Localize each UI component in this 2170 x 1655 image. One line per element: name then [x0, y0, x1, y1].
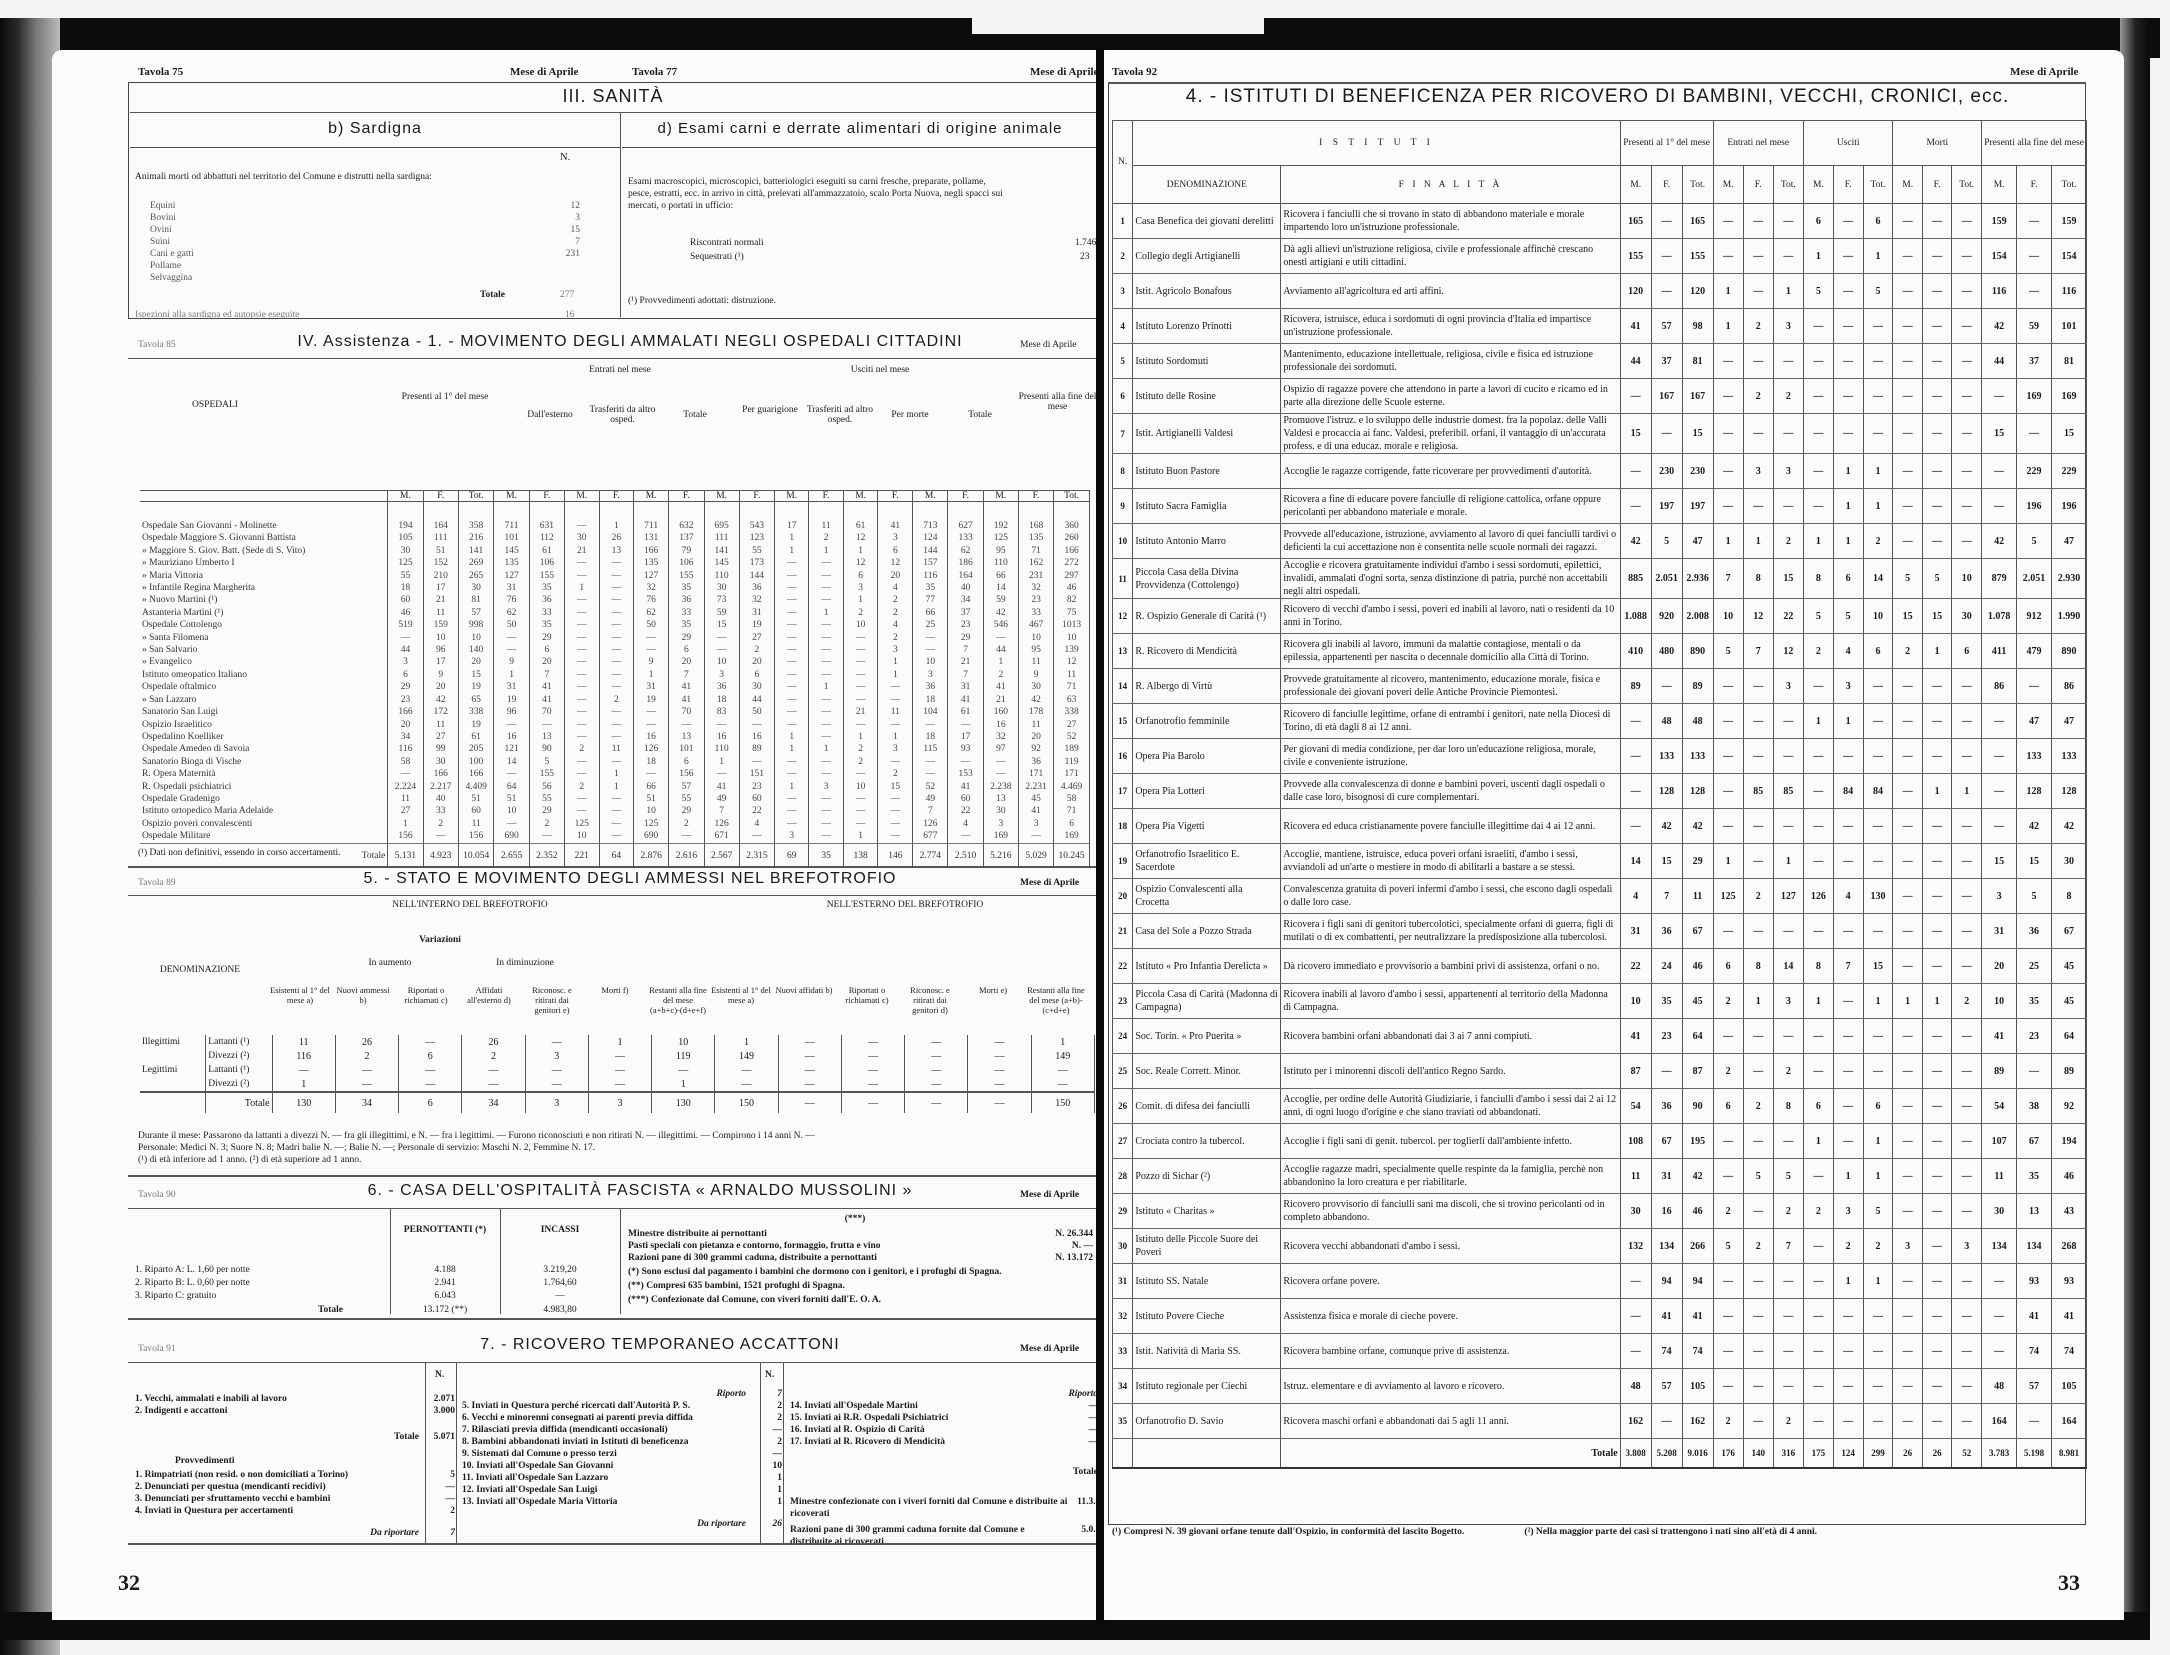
cell-value: —: [905, 1063, 968, 1077]
ricovero-item: 15. Inviati ai R.R. Ospedali Psichiatric…: [790, 1412, 1098, 1424]
institute-name: Piccola Casa della Divina Provvidenza (C…: [1133, 559, 1281, 599]
cell-value: —: [1743, 414, 1773, 454]
cell-value: —: [1922, 1089, 1951, 1124]
cell-value: —: [704, 719, 739, 731]
institute-name: Istit. Artigianelli Valdesi: [1133, 414, 1281, 454]
table-row: 17Opera Pia LotteriProvvede alla convale…: [1113, 774, 2087, 809]
ospedali-subheader: F.: [599, 491, 633, 502]
hospital-name: Ospedale oftalmico: [140, 681, 388, 693]
cell-value: 14: [983, 582, 1018, 594]
table-row: Ospedale oftalmico2920193141——31413630—1…: [140, 681, 1090, 693]
cell-value: 12: [1773, 634, 1803, 669]
cell-value: 45: [2052, 949, 2087, 984]
cell-value: 338: [458, 706, 494, 718]
cell-value: 10: [423, 632, 458, 644]
istituti-notes: (¹) Compresi N. 39 giovani orfane tenute…: [1112, 1527, 2082, 1537]
institute-purpose: Provvede gratuitamente al ricovero, mant…: [1281, 669, 1620, 704]
cell-value: 1: [1922, 634, 1951, 669]
cell-value: —: [1743, 844, 1773, 879]
cell-value: —: [599, 830, 633, 843]
cell-value: 87: [1682, 1054, 1713, 1089]
cell-value: —: [564, 632, 599, 644]
table-row: 25Soc. Reale Corrett. Minor.Istituto per…: [1113, 1054, 2087, 1089]
institute-name: Istit. Agricolo Bonafous: [1133, 274, 1281, 309]
cell-value: —: [564, 768, 599, 780]
cell-value: 34: [388, 731, 423, 743]
cell-value: 2.930: [2052, 559, 2087, 599]
cell-value: 135: [494, 557, 529, 569]
institute-name: Collegio degli Artigianelli: [1133, 239, 1281, 274]
cell-value: —: [878, 830, 913, 843]
cell-value: 41: [669, 681, 704, 693]
cell-value: 1: [878, 731, 913, 743]
cell-value: 216: [458, 532, 494, 544]
cell-value: 4: [1620, 879, 1651, 914]
cell-value: —: [775, 756, 809, 768]
scan-border-left: [0, 18, 60, 1655]
cell-value: 10: [1018, 632, 1053, 644]
cell-value: 2: [564, 743, 599, 755]
cell-value: 164: [948, 570, 983, 582]
cell-value: 1: [634, 669, 669, 681]
cell-value: —: [272, 1063, 335, 1077]
cell-value: —: [843, 669, 878, 681]
cell-value: —: [1893, 844, 1922, 879]
cell-value: —: [1773, 414, 1803, 454]
cell-value: 31: [739, 607, 774, 619]
cell-value: 141: [458, 545, 494, 557]
table-row: 13R. Ricovero di MendicitàRicovera gli i…: [1113, 634, 2087, 669]
cell-value: 11: [809, 520, 843, 532]
institute-name: Soc. Torin. « Pro Puerita »: [1133, 1019, 1281, 1054]
cell-value: 164: [2052, 1404, 2087, 1439]
total-value: 5.029: [1018, 843, 1053, 866]
cell-value: 64: [2052, 1019, 2087, 1054]
cell-value: —: [1893, 1124, 1922, 1159]
cell-value: —: [1713, 1124, 1743, 1159]
ricovero-month: Mese di Aprile: [1020, 1344, 1079, 1354]
cell-value: 25: [913, 619, 948, 631]
cell-value: 46: [388, 607, 423, 619]
cell-value: 127: [494, 570, 529, 582]
ospedali-subheader-row: M.F.Tot.M.F.M.F.M.F.M.F.M.F.M.F.M.F.M.F.…: [140, 491, 1090, 502]
cell-value: 10: [1620, 984, 1651, 1019]
cell-value: 104: [913, 706, 948, 718]
cell-value: —: [1922, 524, 1951, 559]
cell-value: —: [599, 719, 633, 731]
hospital-name: » Maggiore S. Giov. Batt. (Sede di S. Vi…: [140, 545, 388, 557]
tavola-92-label: Tavola 92: [1112, 66, 1157, 78]
institute-name: Orfanotrofio D. Savio: [1133, 1404, 1281, 1439]
cell-value: 20: [1018, 731, 1053, 743]
cell-value: —: [1952, 239, 1982, 274]
total-value: 299: [1863, 1439, 1893, 1469]
cell-value: —: [599, 570, 633, 582]
cell-value: 3: [1982, 879, 2017, 914]
cell-value: —: [1952, 1019, 1982, 1054]
cell-value: 73: [704, 594, 739, 606]
institute-name: Istituto Sacra Famiglia: [1133, 489, 1281, 524]
cell-value: 101: [2052, 309, 2087, 344]
cell-value: 1: [983, 656, 1018, 668]
cell-value: 194: [2052, 1124, 2087, 1159]
cell-value: 81: [1682, 344, 1713, 379]
item-value: 3: [550, 212, 580, 224]
institute-name: Istituto delle Rosine: [1133, 379, 1281, 414]
cell-value: 2.238: [983, 781, 1018, 793]
cell-value: 165: [1620, 204, 1651, 239]
cell-value: —: [1893, 1334, 1922, 1369]
cell-value: 26: [599, 532, 633, 544]
item-label: 16. Inviati al R. Ospizio di Carità: [790, 1424, 925, 1436]
cell-value: 912: [2017, 599, 2052, 634]
cell-value: —: [1743, 1054, 1773, 1089]
cell-value: —: [634, 719, 669, 731]
institute-name: Istituto Buon Pastore: [1133, 454, 1281, 489]
institute-purpose: Avviamento all'agricoltura ed arti affin…: [1281, 274, 1620, 309]
bref-denominazione: DENOMINAZIONE: [135, 965, 265, 975]
cell-value: —: [1952, 1334, 1982, 1369]
institute-name: Istituto Povere Cieche: [1133, 1299, 1281, 1334]
cell-value: —: [564, 669, 599, 681]
ricovero-item: 2. Denunciati per questua (mendicanti re…: [135, 1481, 455, 1493]
cell-value: 26: [462, 1035, 525, 1049]
cell-value: —: [1773, 739, 1803, 774]
col-usciti: Usciti: [1803, 121, 1893, 166]
cell-value: —: [669, 719, 704, 731]
hospital-name: Ospizio poveri convalescenti: [140, 818, 388, 830]
cell-value: 10: [458, 632, 494, 644]
row-number: 12: [1113, 599, 1133, 634]
cell-value: 32: [634, 582, 669, 594]
total-value: 221: [564, 843, 599, 866]
cell-value: —: [1952, 1264, 1982, 1299]
cell-value: 1: [1713, 274, 1743, 309]
ospedali-subheader: F.: [809, 491, 843, 502]
cell-value: —: [809, 818, 843, 830]
cell-value: 7: [948, 644, 983, 656]
cell-value: 15: [1982, 844, 2017, 879]
cell-value: —: [564, 756, 599, 768]
cell-value: —: [599, 619, 633, 631]
cell-value: 30: [1952, 599, 1982, 634]
cell-value: 128: [1651, 774, 1682, 809]
cell-value: 41: [878, 520, 913, 532]
institute-name: Soc. Reale Corrett. Minor.: [1133, 1054, 1281, 1089]
cell-value: —: [494, 644, 529, 656]
cell-value: 32: [739, 594, 774, 606]
cell-value: —: [1803, 1229, 1833, 1264]
cell-value: 137: [669, 532, 704, 544]
table-row: Astanteria Martini (¹)4611576233——623359…: [140, 607, 1090, 619]
cell-value: 1: [1863, 1159, 1893, 1194]
table-row: 22Istituto « Pro Infantia Derelicta »Dà …: [1113, 949, 2087, 984]
cell-value: —: [1773, 704, 1803, 739]
item-value: 2: [752, 1400, 782, 1412]
cell-value: 1: [775, 781, 809, 793]
cell-value: —: [1713, 809, 1743, 844]
cell-value: 1: [878, 669, 913, 681]
cell-value: 35: [669, 582, 704, 594]
cell-value: 14: [494, 756, 529, 768]
item-value: 7: [752, 1388, 782, 1400]
table-row: 27Crociata contro la tubercol.Accoglie i…: [1113, 1124, 2087, 1159]
cell-value: 7: [913, 805, 948, 817]
institute-name: Orfanotrofio femminile: [1133, 704, 1281, 739]
cell-value: 230: [1651, 454, 1682, 489]
cell-value: 62: [948, 545, 983, 557]
cell-value: 30: [983, 805, 1018, 817]
cell-value: 41: [948, 694, 983, 706]
cell-value: 1: [1713, 524, 1743, 559]
institute-name: R. Ospizio Generale di Carità (¹): [1133, 599, 1281, 634]
cell-value: 20: [669, 656, 704, 668]
item-value: 11.3..: [1068, 1496, 1098, 1520]
table-row: Ospedale Maggiore S. Giovanni Battista10…: [140, 532, 1090, 544]
cell-value: —: [634, 706, 669, 718]
cell-value: 2: [878, 768, 913, 780]
cell-value: —: [1893, 414, 1922, 454]
cell-value: 1013: [1054, 619, 1090, 631]
cell-value: 2: [1773, 1404, 1803, 1439]
institute-name: R. Ricovero di Mendicità: [1133, 634, 1281, 669]
cell-value: —: [564, 557, 599, 569]
cell-value: 169: [1054, 830, 1090, 843]
cell-value: —: [1773, 489, 1803, 524]
item-value: 10: [752, 1460, 782, 1472]
ospedali-subheader: F.: [1018, 491, 1053, 502]
cell-value: 128: [1682, 774, 1713, 809]
cell-value: —: [1893, 1089, 1922, 1124]
bref-group: [140, 1049, 206, 1063]
cell-value: —: [1893, 809, 1922, 844]
casa-title: 6. - CASA DELL'OSPITALITÀ FASCISTA « ARN…: [340, 1182, 940, 1200]
cell-value: —: [564, 805, 599, 817]
cell-value: 1: [1803, 524, 1833, 559]
cell-value: 9: [1018, 669, 1053, 681]
institute-name: Istituto Antonio Marro: [1133, 524, 1281, 559]
cell-value: 2: [423, 818, 458, 830]
cell-value: 135: [1018, 532, 1053, 544]
cell-value: 23: [388, 694, 423, 706]
table-row: 33Istit. Natività di Maria SS.Ricovera b…: [1113, 1334, 2087, 1369]
cell-value: 15: [1863, 949, 1893, 984]
cell-value: —: [968, 1035, 1031, 1049]
cell-value: 29: [388, 681, 423, 693]
cell-value: 165: [1682, 204, 1713, 239]
cell-value: 6: [529, 644, 564, 656]
cell-value: —: [905, 1077, 968, 1092]
cell-value: 67: [2017, 1124, 2052, 1159]
row-number: 28: [1113, 1159, 1133, 1194]
cell-value: 107: [1982, 1124, 2017, 1159]
ospedali-col-morte: Per morte: [875, 410, 945, 420]
cell-value: 41: [704, 781, 739, 793]
table-row: 3Istit. Agricolo BonafousAvviamento all'…: [1113, 274, 2087, 309]
cell-value: —: [809, 694, 843, 706]
item-label: 15. Inviati ai R.R. Ospedali Psichiatric…: [790, 1412, 948, 1424]
cell-value: 480: [1651, 634, 1682, 669]
cell-value: 42: [1620, 524, 1651, 559]
cell-value: 5: [1863, 274, 1893, 309]
cell-value: 632: [669, 520, 704, 532]
cell-value: —: [1982, 739, 2017, 774]
cell-value: 11: [1018, 656, 1053, 668]
cell-value: 116: [2052, 274, 2087, 309]
cell-value: 23: [739, 781, 774, 793]
hospital-name: Ospedale San Giovanni - Molinette: [140, 520, 388, 532]
total-value: 150: [1031, 1092, 1094, 1113]
cell-value: 42: [1982, 309, 2017, 344]
cell-value: —: [494, 768, 529, 780]
institute-purpose: Ospizio di ragazze povere che attendono …: [1281, 379, 1620, 414]
casa-row-label: 1. Riparto A: L. 1,60 per notte: [135, 1265, 250, 1275]
total-value: 2.876: [634, 843, 669, 866]
item-label: 2. Indigenti e accattoni: [135, 1405, 227, 1417]
sardigna-footer: Ispezioni alla sardigna ed autopsie eseg…: [135, 310, 299, 320]
cell-value: 3: [983, 818, 1018, 830]
cell-value: 1: [1833, 1159, 1863, 1194]
cell-value: 30: [2052, 844, 2087, 879]
ospedali-col-presenti-fine: Presenti alla fine del mese: [1015, 392, 1100, 412]
cell-value: —: [1713, 1264, 1743, 1299]
istituti-note: (¹) Compresi N. 39 giovani orfane tenute…: [1112, 1527, 1464, 1537]
institute-purpose: Istruz. elementare e di avviamento al la…: [1281, 1369, 1620, 1404]
cell-value: 998: [458, 619, 494, 631]
total-value: 5.216: [983, 843, 1018, 866]
cell-value: 160: [983, 706, 1018, 718]
cell-value: 197: [1682, 489, 1713, 524]
cell-value: 26: [335, 1035, 398, 1049]
cell-value: 126: [1803, 879, 1833, 914]
cell-value: 890: [1682, 634, 1713, 669]
cell-value: —: [1620, 489, 1651, 524]
cell-value: 22: [739, 805, 774, 817]
cell-value: 2: [1773, 524, 1803, 559]
cell-value: 186: [948, 557, 983, 569]
table-row: R. Opera Maternità—166166—155—1—156—151—…: [140, 768, 1090, 780]
cell-value: —: [1922, 1124, 1951, 1159]
casa-row: 2. Riparto B: L. 0,60 per notte2.9411.76…: [135, 1278, 625, 1291]
cell-value: —: [1922, 879, 1951, 914]
cell-value: 169: [2052, 379, 2087, 414]
casa-row-pernottanti: 4.188: [390, 1265, 500, 1275]
bref-column-headers: Esistenti al 1° del mese a)Nuovi ammessi…: [270, 985, 1100, 1030]
cell-value: 1: [1833, 704, 1863, 739]
total-label: Totale: [206, 1092, 272, 1113]
cell-value: 77: [913, 594, 948, 606]
cell-value: 2: [1713, 1194, 1743, 1229]
total-value: 6: [399, 1092, 462, 1113]
item-value: 5.071: [425, 1431, 455, 1443]
ricovero-item: 17. Inviati al R. Ricovero di Mendicità—: [790, 1436, 1098, 1448]
cell-value: 90: [529, 743, 564, 755]
cell-value: 30: [1018, 681, 1053, 693]
cell-value: —: [809, 656, 843, 668]
cell-value: 123: [739, 532, 774, 544]
institute-purpose: Ricovera ed educa cristianamente povere …: [1281, 809, 1620, 844]
ricovero-item: 1. Vecchi, ammalati e inabili al lavoro2…: [135, 1393, 455, 1405]
cell-value: —: [1922, 379, 1951, 414]
cell-value: 48: [1682, 704, 1713, 739]
cell-value: —: [1773, 1334, 1803, 1369]
cell-value: 6: [1803, 204, 1833, 239]
institute-name: Crociata contro la tubercol.: [1133, 1124, 1281, 1159]
institute-purpose: Ricovero di fanciulle legittime, orfane …: [1281, 704, 1620, 739]
cell-value: —: [1922, 239, 1951, 274]
cell-value: —: [1922, 1054, 1951, 1089]
istituti-subheader: Tot.: [2052, 166, 2087, 204]
item-value: 12: [550, 200, 580, 212]
cell-value: 18: [913, 731, 948, 743]
cell-value: 106: [669, 557, 704, 569]
cell-value: —: [1893, 204, 1922, 239]
casa-side-item: Pasti speciali con pietanza e contorno, …: [628, 1240, 1093, 1252]
cell-value: —: [1833, 1124, 1863, 1159]
ricovero-col2: Riporto75. Inviati in Questura perché ri…: [462, 1388, 782, 1530]
cell-value: 166: [634, 545, 669, 557]
cell-value: 131: [634, 532, 669, 544]
bref-note: (¹) di età inferiore ad 1 anno. (²) di e…: [138, 1154, 1088, 1166]
cell-value: 21: [843, 706, 878, 718]
cell-value: 19: [494, 694, 529, 706]
cell-value: 1: [564, 582, 599, 594]
bref-col-header: Esistenti al 1° del mese a): [270, 985, 330, 1005]
cell-value: —: [599, 681, 633, 693]
cell-value: 3: [1952, 1229, 1982, 1264]
cell-value: —: [1833, 309, 1863, 344]
cell-value: —: [1863, 309, 1893, 344]
cell-value: —: [1651, 204, 1682, 239]
cell-value: —: [1773, 809, 1803, 844]
cell-value: 31: [494, 582, 529, 594]
cell-value: —: [2017, 414, 2052, 454]
cell-value: —: [599, 632, 633, 644]
cell-value: 3: [1773, 454, 1803, 489]
institute-purpose: Accoglie le ragazze corrigende, fatte ri…: [1281, 454, 1620, 489]
row-number: 11: [1113, 559, 1133, 599]
cell-value: —: [775, 594, 809, 606]
cell-value: 16: [1651, 1194, 1682, 1229]
total-value: 124: [1833, 1439, 1863, 1469]
cell-value: 75: [1054, 607, 1090, 619]
institute-purpose: Accoglie e ricovera gratuitamente indivi…: [1281, 559, 1620, 599]
bref-col-header: Nuovi affidati b): [774, 985, 834, 995]
cell-value: 265: [458, 570, 494, 582]
cell-value: 197: [1651, 489, 1682, 524]
cell-value: 1: [272, 1077, 335, 1092]
cell-value: —: [1620, 1264, 1651, 1299]
institute-purpose: Ricovero di vecchi d'ambo i sessi, pover…: [1281, 599, 1620, 634]
cell-value: —: [1893, 524, 1922, 559]
col-denominazione: DENOMINAZIONE: [1133, 166, 1281, 204]
cell-value: 30: [458, 582, 494, 594]
cell-value: —: [809, 644, 843, 656]
cell-value: 16: [739, 731, 774, 743]
cell-value: 22: [948, 805, 983, 817]
cell-value: 106: [529, 557, 564, 569]
cell-value: 51: [458, 793, 494, 805]
cell-value: 155: [529, 570, 564, 582]
cell-value: —: [588, 1077, 651, 1092]
cell-value: —: [599, 731, 633, 743]
bref-category: Lattanti (¹): [206, 1063, 272, 1077]
ospedali-subheader: F.: [423, 491, 458, 502]
cell-value: —: [1743, 1299, 1773, 1334]
cell-value: —: [1833, 1404, 1863, 1439]
cell-value: 1: [1803, 984, 1833, 1019]
cell-value: 11: [423, 719, 458, 731]
